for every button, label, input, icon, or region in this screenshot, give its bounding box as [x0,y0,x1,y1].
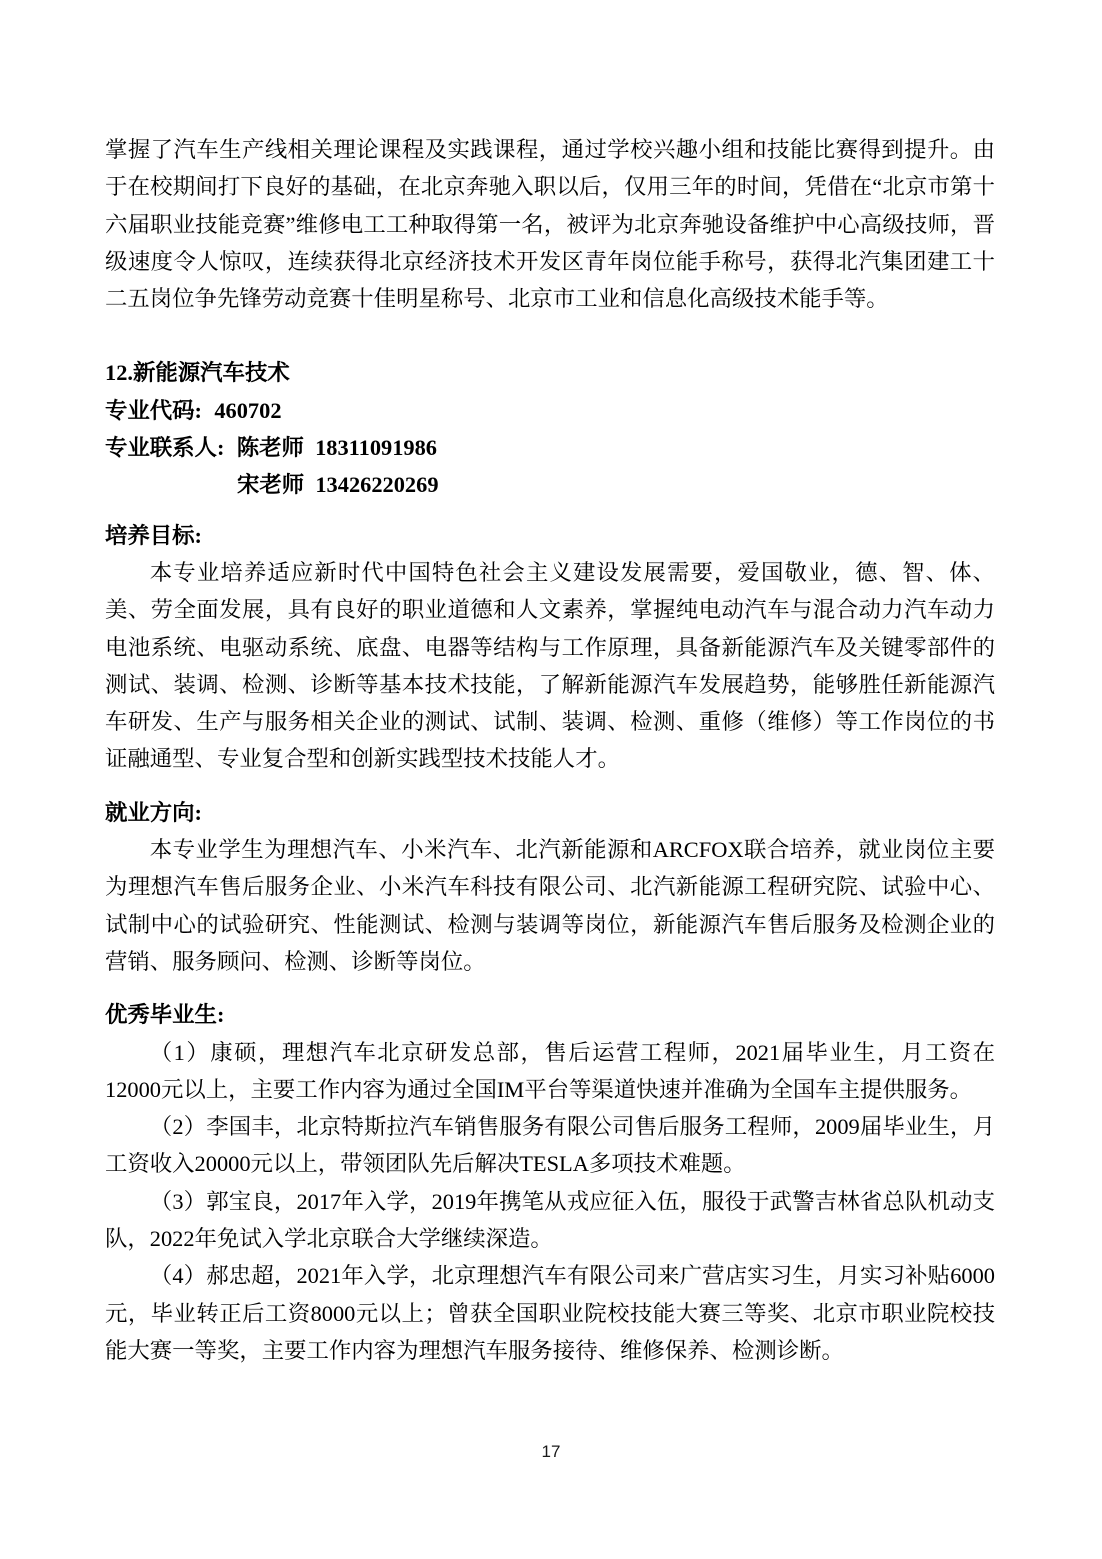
contact-phone: 13426220269 [315,472,438,497]
training-objectives-body: 本专业培养适应新时代中国特色社会主义建设发展需要，爱国敬业，德、智、体、美、劳全… [105,554,995,778]
graduate-item: （3）郭宝良，2017年入学，2019年携笔从戎应征入伍，服役于武警吉林省总队机… [105,1183,995,1258]
contact-name: 陈老师 [237,435,304,460]
contact-phone: 18311091986 [315,435,437,460]
contact-name: 宋老师 [237,472,304,497]
graduate-item: （2）李国丰，北京特斯拉汽车销售服务有限公司售后服务工程师，2009届毕业生，月… [105,1108,995,1183]
major-code-line: 专业代码:460702 [105,392,995,429]
graduate-item: （1）康硕，理想汽车北京研发总部，售后运营工程师，2021届毕业生，月工资在12… [105,1034,995,1109]
graduates-heading: 优秀毕业生: [105,996,995,1033]
contact-line-2: 宋老师13426220269 [237,466,995,503]
major-code-label: 专业代码: [105,398,202,423]
page-content: 掌握了汽车生产线相关理论课程及实践课程，通过学校兴趣小组和技能比赛得到提升。由于… [105,131,995,1369]
contact-line-1: 专业联系人:陈老师18311091986 [105,429,995,466]
document-page: 掌握了汽车生产线相关理论课程及实践课程，通过学校兴趣小组和技能比赛得到提升。由于… [0,0,1102,1559]
contact-label: 专业联系人: [105,435,224,460]
intro-paragraph: 掌握了汽车生产线相关理论课程及实践课程，通过学校兴趣小组和技能比赛得到提升。由于… [105,131,995,317]
page-number: 17 [0,1441,1102,1463]
employment-body: 本专业学生为理想汽车、小米汽车、北汽新能源和ARCFOX联合培养，就业岗位主要为… [105,831,995,980]
major-code-value: 460702 [214,398,281,423]
graduate-item: （4）郝忠超，2021年入学，北京理想汽车有限公司来广营店实习生，月实习补贴60… [105,1257,995,1369]
section-title: 12.新能源汽车技术 [105,354,995,391]
training-objectives-heading: 培养目标: [105,517,995,554]
employment-heading: 就业方向: [105,794,995,831]
